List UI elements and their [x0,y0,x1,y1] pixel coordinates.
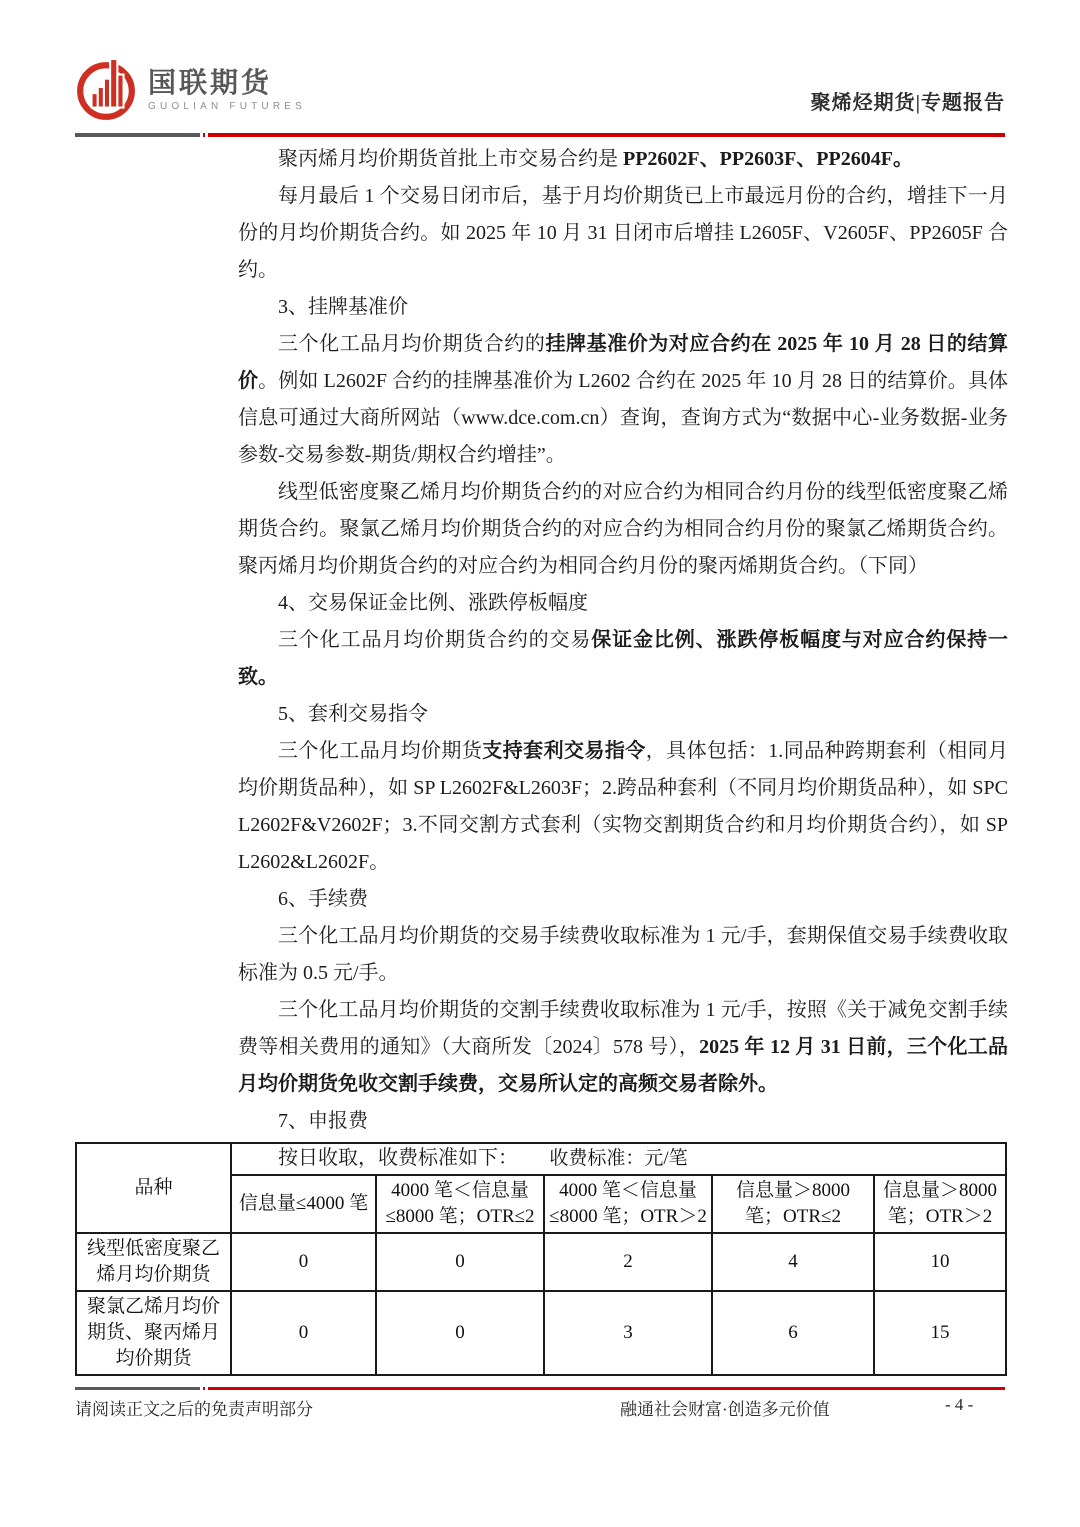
section-heading-7: 7、申报费 [238,1103,1008,1140]
text-run: 三个化工品月均价期货的交易手续费收取标准为 1 元/手，套期保值交易手续费收取标… [238,925,1008,984]
heading-text: 5、套利交易指令 [278,703,428,725]
table-cell-value: 2 [544,1233,712,1291]
text-run: 三个化工品月均价期货合约的交易 [278,629,591,651]
declaration-fee-table: 品种 收费标准：元/笔 信息量≤4000 笔 4000 笔＜信息量≤8000 笔… [75,1142,1007,1376]
heading-text: 7、申报费 [278,1110,368,1132]
report-category-label: 聚烯烃期货|专题报告 [811,86,1005,115]
table-header-fee-standard: 收费标准：元/笔 [231,1143,1006,1175]
table-cell-value: 10 [874,1233,1006,1291]
document-body: 聚丙烯月均价期货首批上市交易合约是 PP2602F、PP2603F、PP2604… [238,141,1008,1177]
report-page: 国联期货 GUOLIAN FUTURES 聚烯烃期货|专题报告 聚丙烯月均价期货… [0,0,1080,1527]
table-header-product: 品种 [76,1143,231,1233]
table-cell-value: 0 [376,1291,544,1375]
paragraph-listing-rule: 每月最后 1 个交易日闭市后，基于月均价期货已上市最远月份的合约，增挂下一月份的… [238,178,1008,289]
heading-text: 3、挂牌基准价 [278,296,408,318]
table-header-col-1: 信息量≤4000 笔 [231,1175,376,1233]
table-cell-value: 0 [231,1291,376,1375]
table-header-col-3: 4000 笔＜信息量≤8000 笔；OTR＞2 [544,1175,712,1233]
section-heading-3: 3、挂牌基准价 [238,289,1008,326]
table-header-col-4: 信息量＞8000 笔；OTR≤2 [712,1175,874,1233]
logo-name-en: GUOLIAN FUTURES [148,101,306,112]
section-heading-5: 5、套利交易指令 [238,696,1008,733]
header-divider [75,133,1005,137]
footer-disclaimer: 请阅读正文之后的免责声明部分 [75,1395,313,1420]
text-run-bold: PP2602F、PP2603F、PP2604F。 [623,148,913,170]
table-cell-value: 6 [712,1291,874,1375]
table-cell-product: 线型低密度聚乙烯月均价期货 [76,1233,231,1291]
paragraph-arbitrage-orders: 三个化工品月均价期货支持套利交易指令，具体包括：1.同品种跨期套利（相同月均价期… [238,733,1008,881]
table-header-col-2: 4000 笔＜信息量≤8000 笔；OTR≤2 [376,1175,544,1233]
paragraph-margin-limits: 三个化工品月均价期货合约的交易保证金比例、涨跌停板幅度与对应合约保持一致。 [238,622,1008,696]
page-number: - 4 - [945,1395,973,1415]
table-cell-value: 3 [544,1291,712,1375]
paragraph-benchmark-price: 三个化工品月均价期货合约的挂牌基准价为对应合约在 2025 年 10 月 28 … [238,326,1008,474]
company-logo: 国联期货 GUOLIAN FUTURES [74,58,306,122]
footer-divider [75,1387,1005,1390]
paragraph-first-contracts: 聚丙烯月均价期货首批上市交易合约是 PP2602F、PP2603F、PP2604… [238,141,1008,178]
table-header-col-5: 信息量＞8000 笔；OTR＞2 [874,1175,1006,1233]
table-row-pvc-pp: 聚氯乙烯月均价期货、聚丙烯月均价期货 0 0 3 6 15 [76,1291,1006,1375]
table-cell-value: 0 [376,1233,544,1291]
section-heading-6: 6、手续费 [238,881,1008,918]
text-run: 三个化工品月均价期货 [278,740,482,762]
text-run: 。例如 L2602F 合约的挂牌基准价为 L2602 合约在 2025 年 10… [238,370,1008,466]
guolian-logo-icon [74,58,138,122]
heading-text: 4、交易保证金比例、涨跌停板幅度 [278,592,588,614]
text-run: 每月最后 1 个交易日闭市后，基于月均价期货已上市最远月份的合约，增挂下一月份的… [238,185,1008,281]
paragraph-corresponding-contracts: 线型低密度聚乙烯月均价期货合约的对应合约为相同合约月份的线型低密度聚乙烯期货合约… [238,474,1008,585]
table-cell-value: 0 [231,1233,376,1291]
logo-text: 国联期货 GUOLIAN FUTURES [148,58,306,112]
table-cell-value: 4 [712,1233,874,1291]
footer-slogan: 融通社会财富·创造多元价值 [620,1395,830,1420]
text-run: 三个化工品月均价期货合约的 [278,333,545,355]
paragraph-delivery-fee: 三个化工品月均价期货的交割手续费收取标准为 1 元/手，按照《关于减免交割手续费… [238,992,1008,1103]
logo-name-cn: 国联期货 [148,68,306,98]
heading-text: 6、手续费 [278,888,368,910]
table-cell-product: 聚氯乙烯月均价期货、聚丙烯月均价期货 [76,1291,231,1375]
text-run: 线型低密度聚乙烯月均价期货合约的对应合约为相同合约月份的线型低密度聚乙烯期货合约… [238,481,1008,577]
text-run: 聚丙烯月均价期货首批上市交易合约是 [278,148,623,170]
section-heading-4: 4、交易保证金比例、涨跌停板幅度 [238,585,1008,622]
table-cell-value: 15 [874,1291,1006,1375]
paragraph-trading-fee: 三个化工品月均价期货的交易手续费收取标准为 1 元/手，套期保值交易手续费收取标… [238,918,1008,992]
text-run-bold: 支持套利交易指令 [482,740,645,762]
table-row-lldpe: 线型低密度聚乙烯月均价期货 0 0 2 4 10 [76,1233,1006,1291]
